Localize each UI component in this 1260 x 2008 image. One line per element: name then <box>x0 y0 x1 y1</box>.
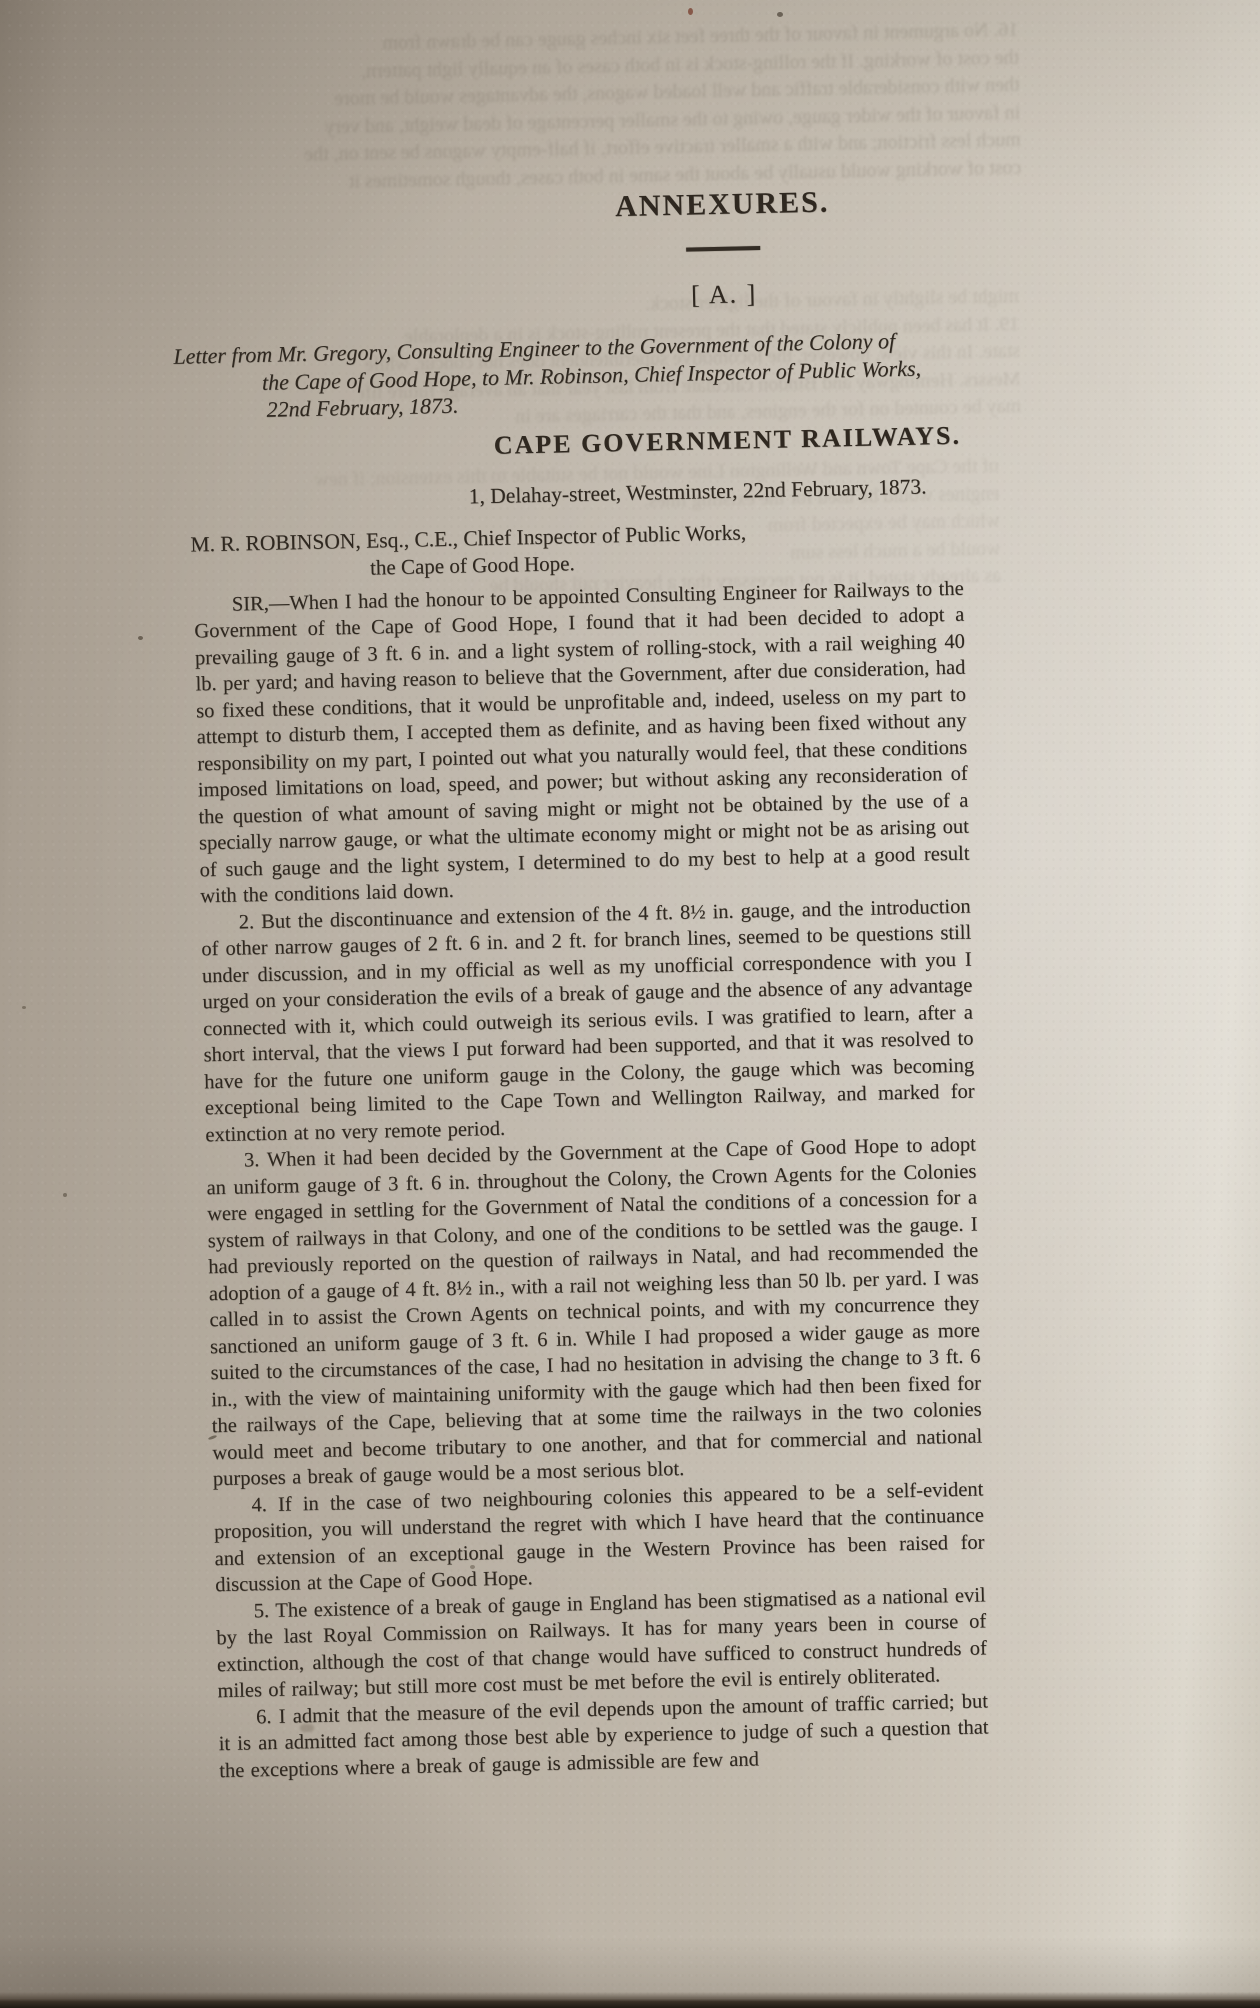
letter-column: 1, Delahay-street, Westminster, 22nd Feb… <box>191 472 989 1784</box>
letter-paragraph: 3. When it had been decided by the Gover… <box>206 1132 983 1493</box>
letter-paragraph: 6. I admit that the measure of the evil … <box>218 1688 990 1784</box>
letter-caption: Letter from Mr. Gregory, Consulting Engi… <box>153 326 965 426</box>
printed-page-content: ANNEXURES. [ A. ] Letter from Mr. Gregor… <box>150 184 994 1785</box>
section-divider-rule <box>686 246 760 252</box>
letter-paragraph: 4. If in the case of two neighbouring co… <box>213 1476 985 1599</box>
photo-bottom-edge <box>0 1992 1260 2008</box>
letter-paragraph: 5. The existence of a break of gauge in … <box>216 1582 988 1705</box>
letter-dateline: 1, Delahay-street, Westminster, 22nd Feb… <box>191 472 961 515</box>
photographed-document-page: { "page": { "heading": "ANNEXURES.", "se… <box>0 0 1260 2008</box>
letter-paragraph: SIR,—When I had the honour to be appoint… <box>194 575 971 910</box>
bottom-page-shadow <box>0 1938 1260 1998</box>
letter-body: SIR,—When I had the honour to be appoint… <box>194 575 990 1784</box>
letter-paragraph: 2. But the discontinuance and extension … <box>200 893 975 1148</box>
